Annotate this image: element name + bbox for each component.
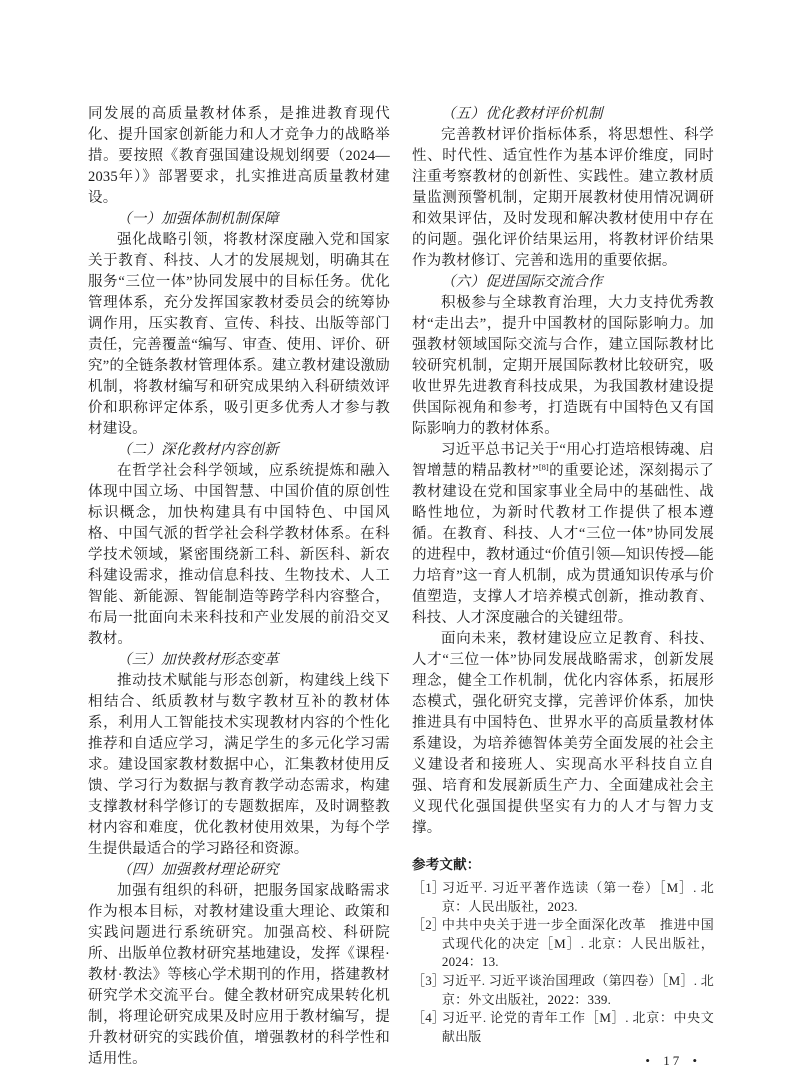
reference-text: 习近平. 习近平著作选读（第一卷）［M］. 北京：人民出版社，2023. xyxy=(442,879,714,916)
paragraph: 完善教材评价指标体系，将思想性、科学性、时代性、适宜性作为基本评价维度，同时注重… xyxy=(412,125,714,272)
paragraph: 积极参与全球教育治理，大力支持优秀教材“走出去”，提升中国教材的国际影响力。加强… xyxy=(412,293,714,440)
left-column: 同发展的高质量教材体系，是推进教育现代化、提升国家创新能力和人才竞争力的战略举措… xyxy=(88,104,390,1070)
section-heading-2: （二）深化教材内容创新 xyxy=(88,440,390,461)
reference-item: ［4］习近平. 论党的青年工作［M］. 北京：中央文献出版 xyxy=(412,1009,714,1046)
reference-label: ［4］ xyxy=(412,1009,442,1046)
paragraph: 加强有组织的科研，把服务国家战略需求作为根本目标，对教材建设重大理论、政策和实践… xyxy=(88,881,390,1070)
reference-label: ［1］ xyxy=(412,879,442,916)
closing-paragraph: 面向未来，教材建设应立足教育、科技、人才“三位一体”协同发展战略需求，创新发展理… xyxy=(412,629,714,839)
page-number: • 17 • xyxy=(412,1052,714,1070)
paragraph-continued: 同发展的高质量教材体系，是推进教育现代化、提升国家创新能力和人才竞争力的战略举措… xyxy=(88,104,390,209)
reference-text: 习近平. 习近平谈治国理政（第四卷）［M］. 北京：外文出版社，2022：339… xyxy=(442,972,714,1009)
reference-label: ［2］ xyxy=(412,916,442,972)
paragraph: 强化战略引领，将教材深度融入党和国家关于教育、科技、人才的发展规划，明确其在服务… xyxy=(88,230,390,440)
right-column: （五）优化教材评价机制 完善教材评价指标体系，将思想性、科学性、时代性、适宜性作… xyxy=(412,104,714,1070)
reference-text: 习近平. 论党的青年工作［M］. 北京：中央文献出版 xyxy=(442,1009,714,1046)
paragraph: 推动技术赋能与形态创新，构建线上线下相结合、纸质教材与数字教材互补的教材体系，利… xyxy=(88,671,390,860)
references-heading: 参考文献： xyxy=(412,856,714,874)
section-heading-5: （五）优化教材评价机制 xyxy=(412,104,714,125)
journal-page: 同发展的高质量教材体系，是推进教育现代化、提升国家创新能力和人才竞争力的战略举措… xyxy=(0,0,800,1077)
paragraph-with-citation: 习近平总书记关于“用心打造培根铸魂、启智增慧的精品教材”[8]的重要论述，深刻揭… xyxy=(412,440,714,629)
page-content: 同发展的高质量教材体系，是推进教育现代化、提升国家创新能力和人才竞争力的战略举措… xyxy=(88,104,714,1070)
section-heading-4: （四）加强教材理论研究 xyxy=(88,860,390,881)
reference-item: ［1］习近平. 习近平著作选读（第一卷）［M］. 北京：人民出版社，2023. xyxy=(412,879,714,916)
citation-paragraph-after: 的重要论述，深刻揭示了教材建设在党和国家事业全局中的基础性、战略性地位，为新时代… xyxy=(412,463,714,626)
reference-label: ［3］ xyxy=(412,972,442,1009)
reference-item: ［2］中共中央关于进一步全面深化改革 推进中国式现代化的决定［M］. 北京：人民… xyxy=(412,916,714,972)
reference-item: ［3］习近平. 习近平谈治国理政（第四卷）［M］. 北京：外文出版社，2022：… xyxy=(412,972,714,1009)
section-heading-3: （三）加快教材形态变革 xyxy=(88,650,390,671)
section-heading-6: （六）促进国际交流合作 xyxy=(412,272,714,293)
references-section: 参考文献： ［1］习近平. 习近平著作选读（第一卷）［M］. 北京：人民出版社，… xyxy=(412,856,714,1046)
reference-text: 中共中央关于进一步全面深化改革 推进中国式现代化的决定［M］. 北京：人民出版社… xyxy=(442,916,714,972)
section-heading-1: （一）加强体制机制保障 xyxy=(88,209,390,230)
paragraph: 在哲学社会科学领域，应系统提炼和融入体现中国立场、中国智慧、中国价值的原创性标识… xyxy=(88,461,390,650)
citation-marker-8: [8] xyxy=(539,462,549,472)
